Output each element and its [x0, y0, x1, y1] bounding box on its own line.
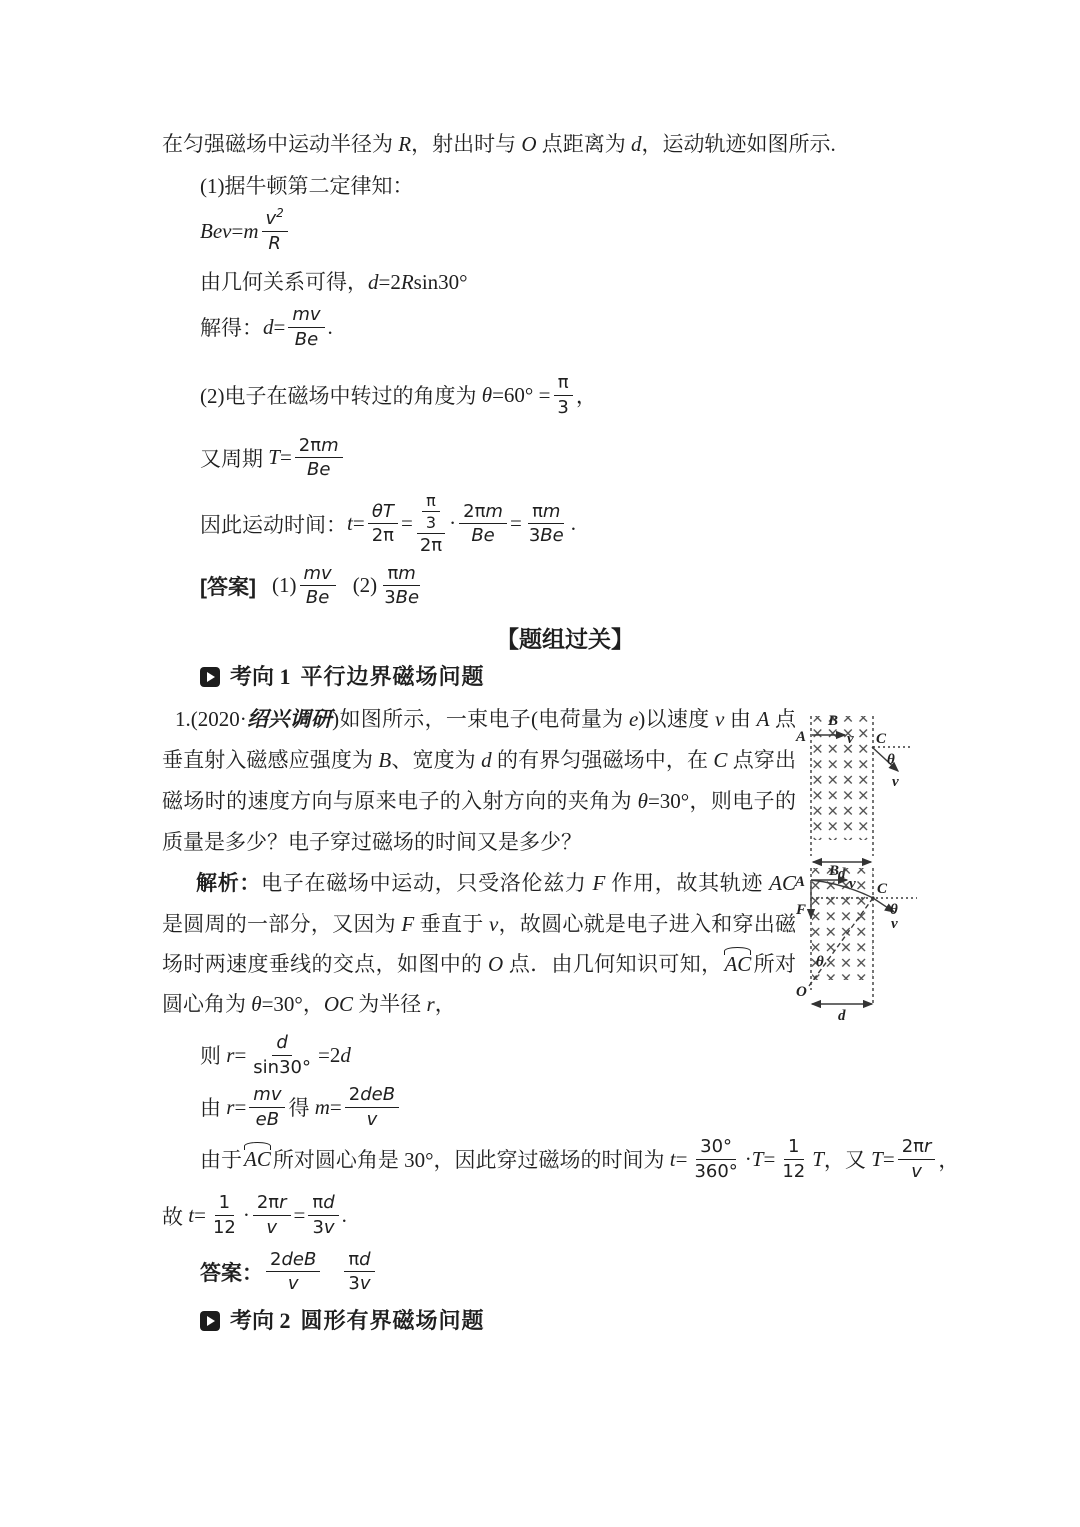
- center-angle-label: θ: [816, 954, 824, 970]
- point-c-label: C: [877, 881, 888, 897]
- field-b-label: B: [828, 863, 839, 879]
- force-f-label: F: [795, 902, 806, 918]
- diagram-problem-field: A B v C θ v d: [795, 710, 933, 880]
- formula-solve-d: 解得：d=mvBe.: [200, 304, 930, 350]
- intro-line: 在匀强磁场中运动半径为 R，射出时与 O 点距离为 d，运动轨迹如图所示.: [162, 130, 930, 158]
- diagram-solution-trajectory: A B v F C θ v θ O d: [793, 862, 935, 1024]
- field-b-label: B: [827, 713, 838, 729]
- geometry-relation-line: 由几何关系可得，d=2Rsin30°: [200, 268, 930, 296]
- document-page: 在匀强磁场中运动半径为 R，射出时与 O 点距离为 d，运动轨迹如图所示. (1…: [0, 0, 1080, 1527]
- point-a-label: A: [794, 874, 805, 890]
- problem-1-text: 1.(2020·绍兴调研)如图所示，一束电子(电荷量为 e)以速度 v 由 A …: [162, 699, 796, 863]
- exit-velocity-label: v: [892, 774, 899, 790]
- point-c-label: C: [876, 731, 887, 747]
- entry-velocity-label: v: [847, 731, 854, 747]
- formula-mass: 由 r=mveB得 m=2deBv: [200, 1084, 930, 1130]
- kaoxiang-1-title: 平行边界磁场问题: [301, 663, 485, 691]
- kaoxiang-2-header: 考向 2 圆形有界磁场问题: [200, 1307, 930, 1335]
- formula-time-part1: 由于AC所对圆心角是 30°，因此穿过磁场的时间为 t=30°360°·T=11…: [200, 1136, 930, 1182]
- formula-time-part2: 故 t=112·2πrv=πd3v.: [162, 1192, 930, 1238]
- newton-law-label: (1)据牛顿第二定律知：: [200, 172, 930, 200]
- kaoxiang-2-label: 考向 2: [230, 1307, 291, 1335]
- angle-line: (2)电子在磁场中转过的角度为 θ=60° =π3，: [200, 372, 930, 418]
- formula-period: 又周期 T=2πmBe: [200, 435, 930, 481]
- center-o-label: O: [796, 984, 807, 1000]
- formula-newton-second-law: Bev=mv2R: [200, 208, 930, 254]
- section-header: 【题组过关】: [200, 625, 930, 653]
- analysis-text: 解析：电子在磁场中运动，只受洛伦兹力 F 作用，故其轨迹 AC 是圆周的一部分，…: [162, 863, 796, 1024]
- document-content: 在匀强磁场中运动半径为 R，射出时与 O 点距离为 d，运动轨迹如图所示. (1…: [0, 0, 1080, 1335]
- kaoxiang-2-title: 圆形有界磁场问题: [301, 1307, 485, 1335]
- width-d-label: d: [838, 1008, 846, 1024]
- exit-angle-label: θ: [887, 752, 895, 768]
- point-a-label: A: [795, 729, 806, 745]
- play-icon: [200, 1311, 220, 1331]
- answer-line-example: [答案](1)mvBe(2)πm3Be: [200, 563, 930, 609]
- kaoxiang-1-header: 考向 1 平行边界磁场问题: [200, 663, 930, 691]
- kaoxiang-1-label: 考向 1: [230, 663, 291, 691]
- exit-velocity-label: v: [891, 916, 898, 932]
- formula-motion-time: 因此运动时间：t=θT2π=π32π·2πmBe=πm3Be.: [200, 491, 930, 557]
- play-icon: [200, 667, 220, 687]
- formula-radius: 则 r=dsin30°=2d: [200, 1032, 930, 1078]
- answer-line-problem1: 答案：2deBvπd3v: [200, 1249, 930, 1295]
